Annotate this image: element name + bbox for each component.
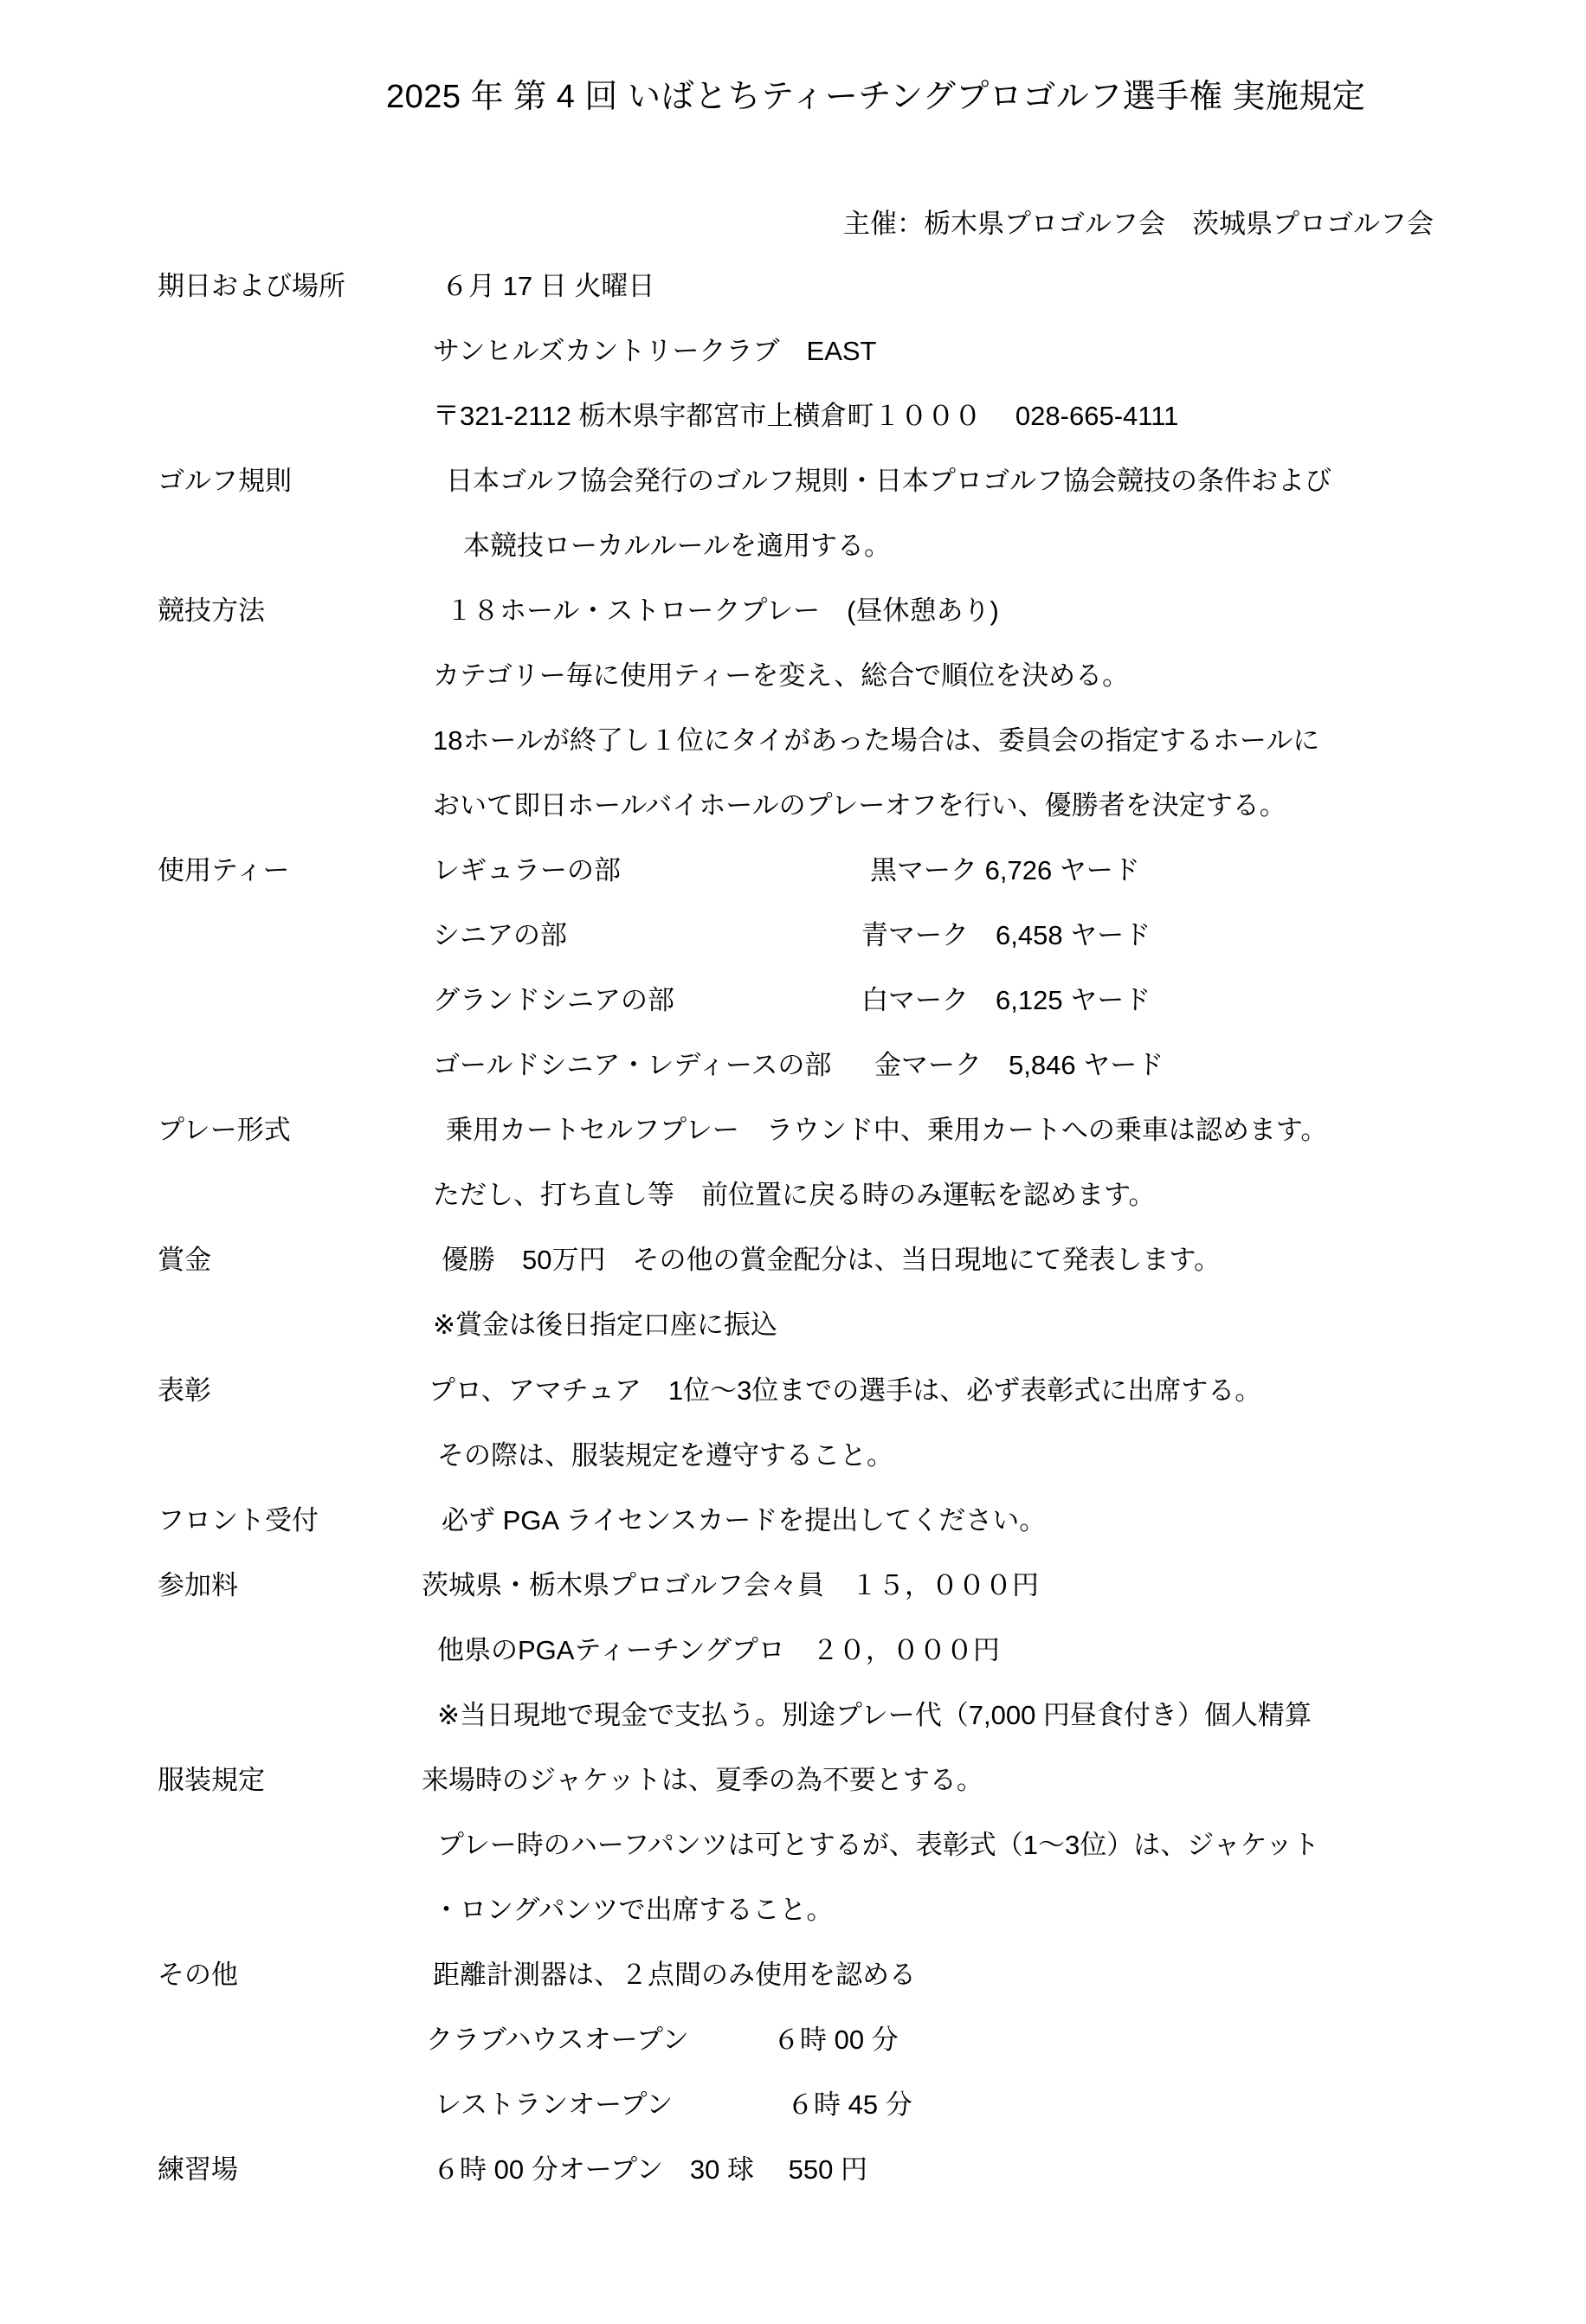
regulation-row: おいて即日ホールバイホールのプレーオフを行い、優勝者を決定する。 xyxy=(0,783,1586,818)
row-label: ゴルフ規則 xyxy=(158,459,292,498)
row-value: 日本ゴルフ協会発行のゴルフ規則・日本プロゴルフ協会競技の条件および xyxy=(446,459,1331,498)
regulation-row: 表彰プロ、アマチュア 1位～3位までの選手は、必ず表彰式に出席する。 xyxy=(0,1368,1586,1403)
row-value: ※賞金は後日指定口座に振込 xyxy=(433,1303,777,1342)
regulation-row: ・ロングパンツで出席すること。 xyxy=(0,1888,1586,1922)
row-value: 来場時のジャケットは、夏季の為不要とする。 xyxy=(422,1758,983,1797)
row-value: 他県のPGAティーチングプロ ２０，０００円 xyxy=(437,1628,1000,1667)
row-value: レストランオープン xyxy=(435,2083,673,2121)
row-label: 表彰 xyxy=(158,1368,211,1407)
regulation-row: その他距離計測器は、２点間のみ使用を認める xyxy=(0,1953,1586,1987)
row-label: 練習場 xyxy=(158,2147,238,2186)
document-title: 2025 年 第 4 回 いばとちティーチングプロゴルフ選手権 実施規定 xyxy=(386,69,1365,117)
organizer-line: 主催：栃木県プロゴルフ会 茨城県プロゴルフ会 xyxy=(843,202,1434,241)
row-value: プロ、アマチュア 1位～3位までの選手は、必ず表彰式に出席する。 xyxy=(429,1368,1261,1407)
row-value: レギュラーの部 xyxy=(433,848,621,887)
regulation-row: 18ホールが終了し１位にタイがあった場合は、委員会の指定するホールに xyxy=(0,718,1586,753)
regulation-row: 参加料茨城県・栃木県プロゴルフ会々員 １５，０００円 xyxy=(0,1563,1586,1598)
regulation-row: 本競技ローカルルールを適用する。 xyxy=(0,524,1586,558)
row-label: 服装規定 xyxy=(158,1758,265,1797)
regulation-row: プレー時のハーフパンツは可とするが、表彰式（1～3位）は、ジャケット xyxy=(0,1823,1586,1857)
row-detail: ６時 00 分 xyxy=(773,2018,899,2057)
row-value: １８ホール・ストロークプレー (昼休憩あり) xyxy=(446,589,999,628)
row-value: シニアの部 xyxy=(433,913,567,952)
row-label: フロント受付 xyxy=(158,1498,319,1537)
regulation-row: ゴルフ規則日本ゴルフ協会発行のゴルフ規則・日本プロゴルフ協会競技の条件および xyxy=(0,459,1586,493)
row-label: 参加料 xyxy=(158,1563,238,1602)
row-label: 使用ティー xyxy=(158,848,290,887)
row-value: サンヒルズカントリークラブ EAST xyxy=(433,329,877,368)
row-value: ※当日現地で現金で支払う。別途プレー代（7,000 円昼食付き）個人精算 xyxy=(437,1693,1312,1732)
regulation-row: 他県のPGAティーチングプロ ２０，０００円 xyxy=(0,1628,1586,1663)
row-detail: ６時 45 分 xyxy=(787,2083,912,2121)
regulation-row: レストランオープン６時 45 分 xyxy=(0,2083,1586,2117)
row-value: 茨城県・栃木県プロゴルフ会々員 １５，０００円 xyxy=(422,1563,1039,1602)
row-label: その他 xyxy=(158,1953,238,1992)
regulation-row: ただし、打ち直し等 前位置に戻る時のみ運転を認めます。 xyxy=(0,1173,1586,1207)
row-label: 賞金 xyxy=(158,1238,211,1277)
row-detail: 青マーク 6,458 ヤード xyxy=(861,913,1151,952)
regulation-row: 練習場６時 00 分オープン 30 球 550 円 xyxy=(0,2147,1586,2182)
row-value: 優勝 50万円 その他の賞金配分は、当日現地にて発表します。 xyxy=(442,1238,1221,1277)
row-label: プレー形式 xyxy=(158,1108,291,1147)
regulation-row: その際は、服装規定を遵守すること。 xyxy=(0,1433,1586,1468)
regulation-row: カテゴリー毎に使用ティーを変え、総合で順位を決める。 xyxy=(0,653,1586,688)
regulation-row: シニアの部青マーク 6,458 ヤード xyxy=(0,913,1586,948)
row-value: ６月 17 日 火曜日 xyxy=(442,264,654,303)
row-value: 〒321-2112 栃木県宇都宮市上横倉町１０００ 028-665-4111 xyxy=(433,394,1178,433)
regulation-row: 期日および場所６月 17 日 火曜日 xyxy=(0,264,1586,299)
row-value: おいて即日ホールバイホールのプレーオフを行い、優勝者を決定する。 xyxy=(433,783,1286,822)
row-detail: 金マーク 5,846 ヤード xyxy=(874,1043,1164,1082)
row-value: グランドシニアの部 xyxy=(433,978,674,1017)
row-detail: 白マーク 6,125 ヤード xyxy=(861,978,1151,1017)
regulation-row: フロント受付必ず PGA ライセンスカードを提出してください。 xyxy=(0,1498,1586,1533)
row-value: ・ロングパンツで出席すること。 xyxy=(433,1888,834,1927)
row-value: ゴールドシニア・レディースの部 xyxy=(433,1043,831,1082)
row-value: 18ホールが終了し１位にタイがあった場合は、委員会の指定するホールに xyxy=(433,718,1319,757)
regulation-row: ※賞金は後日指定口座に振込 xyxy=(0,1303,1586,1337)
regulation-row: 服装規定来場時のジャケットは、夏季の為不要とする。 xyxy=(0,1758,1586,1793)
row-value: 本競技ローカルルールを適用する。 xyxy=(463,524,891,563)
row-value: プレー時のハーフパンツは可とするが、表彰式（1～3位）は、ジャケット xyxy=(437,1823,1319,1862)
regulation-row: グランドシニアの部白マーク 6,125 ヤード xyxy=(0,978,1586,1013)
row-label: 期日および場所 xyxy=(158,264,345,303)
row-value: 乗用カートセルフプレー ラウンド中、乗用カートへの乗車は認めます。 xyxy=(446,1108,1327,1147)
row-value: カテゴリー毎に使用ティーを変え、総合で順位を決める。 xyxy=(433,653,1129,692)
regulation-row: クラブハウスオープン６時 00 分 xyxy=(0,2018,1586,2052)
row-value: その際は、服装規定を遵守すること。 xyxy=(437,1433,893,1472)
regulation-row: 競技方法１８ホール・ストロークプレー (昼休憩あり) xyxy=(0,589,1586,623)
regulation-row: 〒321-2112 栃木県宇都宮市上横倉町１０００ 028-665-4111 xyxy=(0,394,1586,428)
regulation-row: 使用ティーレギュラーの部黒マーク 6,726 ヤード xyxy=(0,848,1586,883)
regulation-row: サンヒルズカントリークラブ EAST xyxy=(0,329,1586,364)
row-detail: 黒マーク 6,726 ヤード xyxy=(870,848,1140,887)
regulation-row: ※当日現地で現金で支払う。別途プレー代（7,000 円昼食付き）個人精算 xyxy=(0,1693,1586,1728)
regulation-row: プレー形式乗用カートセルフプレー ラウンド中、乗用カートへの乗車は認めます。 xyxy=(0,1108,1586,1143)
row-value: 必ず PGA ライセンスカードを提出してください。 xyxy=(442,1498,1046,1537)
regulation-row: 賞金優勝 50万円 その他の賞金配分は、当日現地にて発表します。 xyxy=(0,1238,1586,1272)
row-value: クラブハウスオープン xyxy=(426,2018,689,2057)
row-label: 競技方法 xyxy=(158,589,265,628)
regulation-row: ゴールドシニア・レディースの部金マーク 5,846 ヤード xyxy=(0,1043,1586,1078)
row-value: ６時 00 分オープン 30 球 550 円 xyxy=(433,2147,867,2186)
row-value: 距離計測器は、２点間のみ使用を認める xyxy=(433,1953,916,1992)
row-value: ただし、打ち直し等 前位置に戻る時のみ運転を認めます。 xyxy=(433,1173,1156,1212)
